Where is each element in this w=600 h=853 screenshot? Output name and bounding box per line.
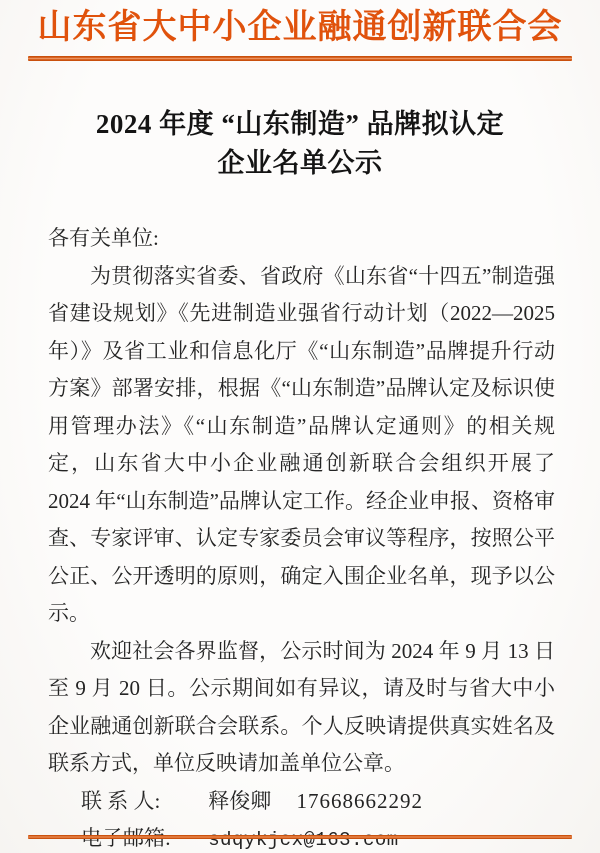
paragraph-2: 欢迎社会各界监督，公示时间为 2024 年 9 月 13 日至 9 月 20 日… [48, 633, 555, 783]
salutation: 各有关单位: [48, 220, 555, 258]
contact-person-phone: 17668662292 [297, 789, 424, 813]
document-body: 各有关单位: 为贯彻落实省委、省政府《山东省“十四五”制造强省建设规划》《先进制… [0, 220, 600, 853]
contact-person-name: 释俊卿 [208, 789, 271, 813]
letterhead-org-name: 山东省大中小企业融通创新联合会 [0, 7, 600, 49]
document-title-line1: 2024 年度 “山东制造” 品牌拟认定 [0, 105, 600, 144]
document-title: 2024 年度 “山东制造” 品牌拟认定 企业名单公示 [0, 105, 600, 183]
contact-person-label: 联 系 人: [81, 783, 178, 821]
document-page: 山东省大中小企业融通创新联合会 2024 年度 “山东制造” 品牌拟认定 企业名… [0, 0, 600, 853]
contact-person-row: 联 系 人: 释俊卿 17668662292 [48, 783, 555, 821]
paragraph-1: 为贯彻落实省委、省政府《山东省“十四五”制造强省建设规划》《先进制造业强省行动计… [48, 258, 555, 633]
letterhead-rule-bottom [28, 835, 572, 839]
letterhead-rule-top [28, 56, 572, 61]
document-title-line2: 企业名单公示 [0, 144, 600, 183]
contact-email-value: sdqykjcx@163.com [208, 829, 398, 851]
